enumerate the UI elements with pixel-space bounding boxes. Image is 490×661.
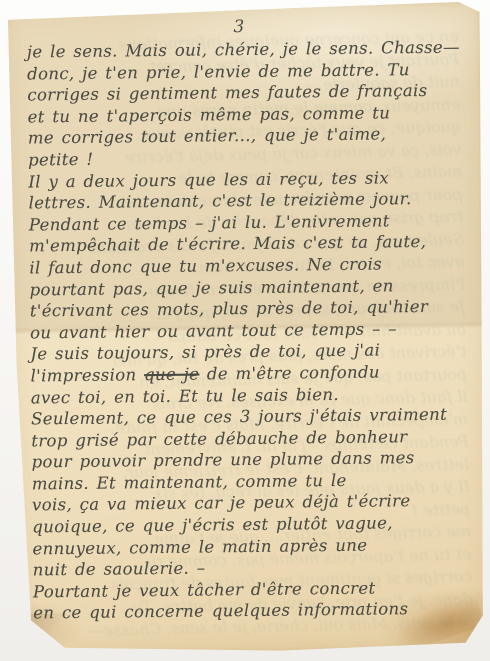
letter-page: en ce qui concerne quelques informations… — [4, 2, 489, 655]
struck-through-words: que je — [144, 364, 199, 384]
scan-background: en ce qui concerne quelques informations… — [0, 0, 490, 661]
letter-body: je le sens. Mais oui, chérie, je le sens… — [27, 36, 482, 624]
